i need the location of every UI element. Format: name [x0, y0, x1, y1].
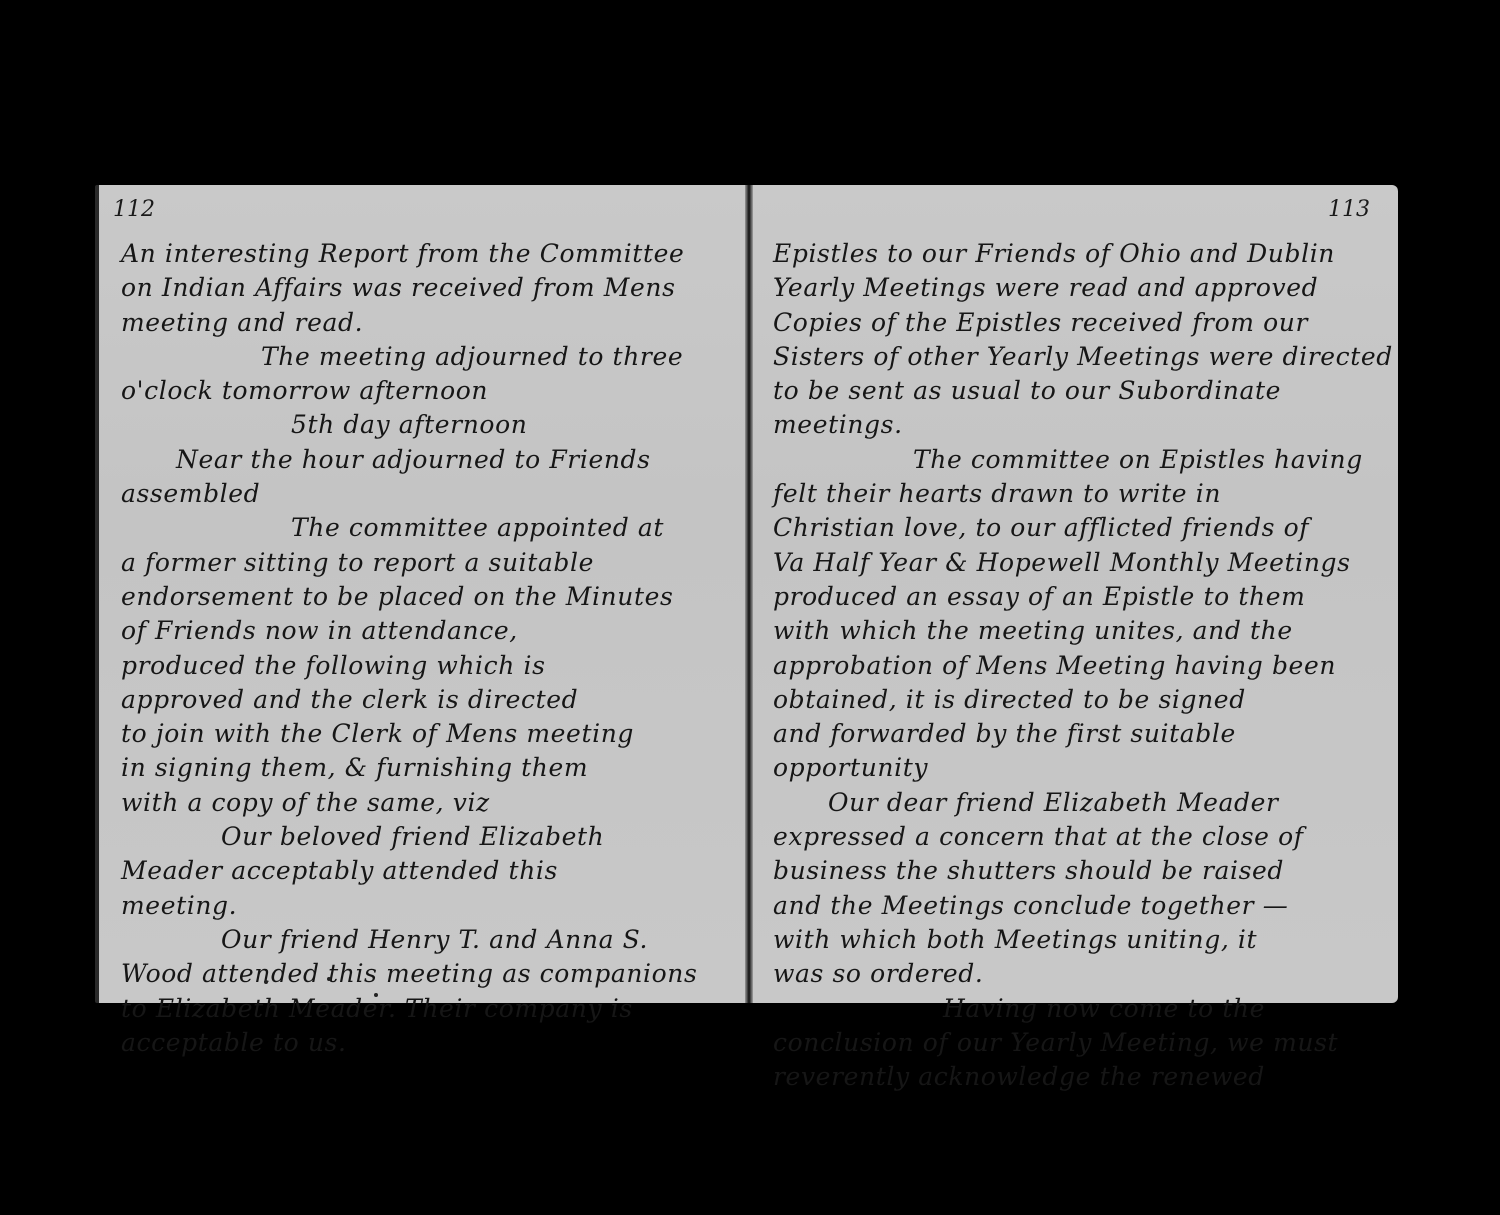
handwritten-line: 5th day afternoon: [121, 408, 731, 442]
page-number-left: 112: [113, 197, 155, 222]
handwritten-line: obtained, it is directed to be signed: [773, 683, 1384, 717]
handwritten-line: opportunity: [773, 751, 1384, 785]
handwritten-line: felt their hearts drawn to write in: [773, 477, 1384, 511]
handwritten-line: in signing them, & furnishing them: [121, 751, 731, 785]
handwritten-line: Wood attended this meeting as companions: [121, 957, 731, 991]
handwritten-line: conclusion of our Yearly Meeting, we mus…: [773, 1026, 1384, 1060]
handwritten-line: Having now come to the: [773, 992, 1384, 1026]
handwritten-line: Our beloved friend Elizabeth: [121, 820, 731, 854]
handwritten-line: with a copy of the same, viz: [121, 786, 731, 820]
ink-blot: [374, 993, 378, 997]
handwritten-line: reverently acknowledge the renewed: [773, 1060, 1384, 1094]
handwritten-line: Our friend Henry T. and Anna S.: [121, 923, 731, 957]
page-number-right: 113: [1328, 197, 1370, 222]
left-page: 112 An interesting Report from the Commi…: [95, 185, 745, 1003]
left-page-text: An interesting Report from the Committee…: [121, 237, 731, 1060]
handwritten-line: Meader acceptably attended this: [121, 854, 731, 888]
handwritten-line: Christian love, to our afflicted friends…: [773, 511, 1384, 545]
book-gutter: [745, 185, 753, 1003]
handwritten-line: on Indian Affairs was received from Mens: [121, 271, 731, 305]
handwritten-line: o'clock tomorrow afternoon: [121, 374, 731, 408]
handwritten-line: Copies of the Epistles received from our: [773, 306, 1384, 340]
handwritten-line: expressed a concern that at the close of: [773, 820, 1384, 854]
handwritten-line: approved and the clerk is directed: [121, 683, 731, 717]
handwritten-line: Our dear friend Elizabeth Meader: [773, 786, 1384, 820]
handwritten-line: with which the meeting unites, and the: [773, 614, 1384, 648]
handwritten-line: to be sent as usual to our Subordinate: [773, 374, 1384, 408]
handwritten-line: with which both Meetings uniting, it: [773, 923, 1384, 957]
handwritten-line: a former sitting to report a suitable: [121, 546, 731, 580]
handwritten-line: business the shutters should be raised: [773, 854, 1384, 888]
handwritten-line: The committee appointed at: [121, 511, 731, 545]
handwritten-line: Near the hour adjourned to Friends: [121, 443, 731, 477]
handwritten-line: to Elizabeth Meader. Their company is: [121, 992, 731, 1026]
handwritten-line: of Friends now in attendance,: [121, 614, 731, 648]
handwritten-line: The committee on Epistles having: [773, 443, 1384, 477]
handwritten-line: Yearly Meetings were read and approved: [773, 271, 1384, 305]
handwritten-line: An interesting Report from the Committee: [121, 237, 731, 271]
handwritten-line: meetings.: [773, 408, 1384, 442]
handwritten-line: endorsement to be placed on the Minutes: [121, 580, 731, 614]
ink-blot: [264, 980, 268, 984]
right-page: 113 Epistles to our Friends of Ohio and …: [753, 185, 1398, 1003]
handwritten-line: and forwarded by the first suitable: [773, 717, 1384, 751]
handwritten-line: acceptable to us.: [121, 1026, 731, 1060]
handwritten-line: Sisters of other Yearly Meetings were di…: [773, 340, 1384, 374]
ink-blot: [327, 977, 331, 981]
handwritten-line: to join with the Clerk of Mens meeting: [121, 717, 731, 751]
open-ledger-spread: 112 An interesting Report from the Commi…: [95, 185, 1400, 1003]
handwritten-line: produced an essay of an Epistle to them: [773, 580, 1384, 614]
handwritten-line: The meeting adjourned to three: [121, 340, 731, 374]
handwritten-line: and the Meetings conclude together —: [773, 889, 1384, 923]
handwritten-line: approbation of Mens Meeting having been: [773, 649, 1384, 683]
handwritten-line: produced the following which is: [121, 649, 731, 683]
handwritten-line: assembled: [121, 477, 731, 511]
handwritten-line: Epistles to our Friends of Ohio and Dubl…: [773, 237, 1384, 271]
right-page-text: Epistles to our Friends of Ohio and Dubl…: [773, 237, 1384, 1094]
handwritten-line: meeting and read.: [121, 306, 731, 340]
handwritten-line: meeting.: [121, 889, 731, 923]
handwritten-line: Va Half Year & Hopewell Monthly Meetings: [773, 546, 1384, 580]
handwritten-line: was so ordered.: [773, 957, 1384, 991]
